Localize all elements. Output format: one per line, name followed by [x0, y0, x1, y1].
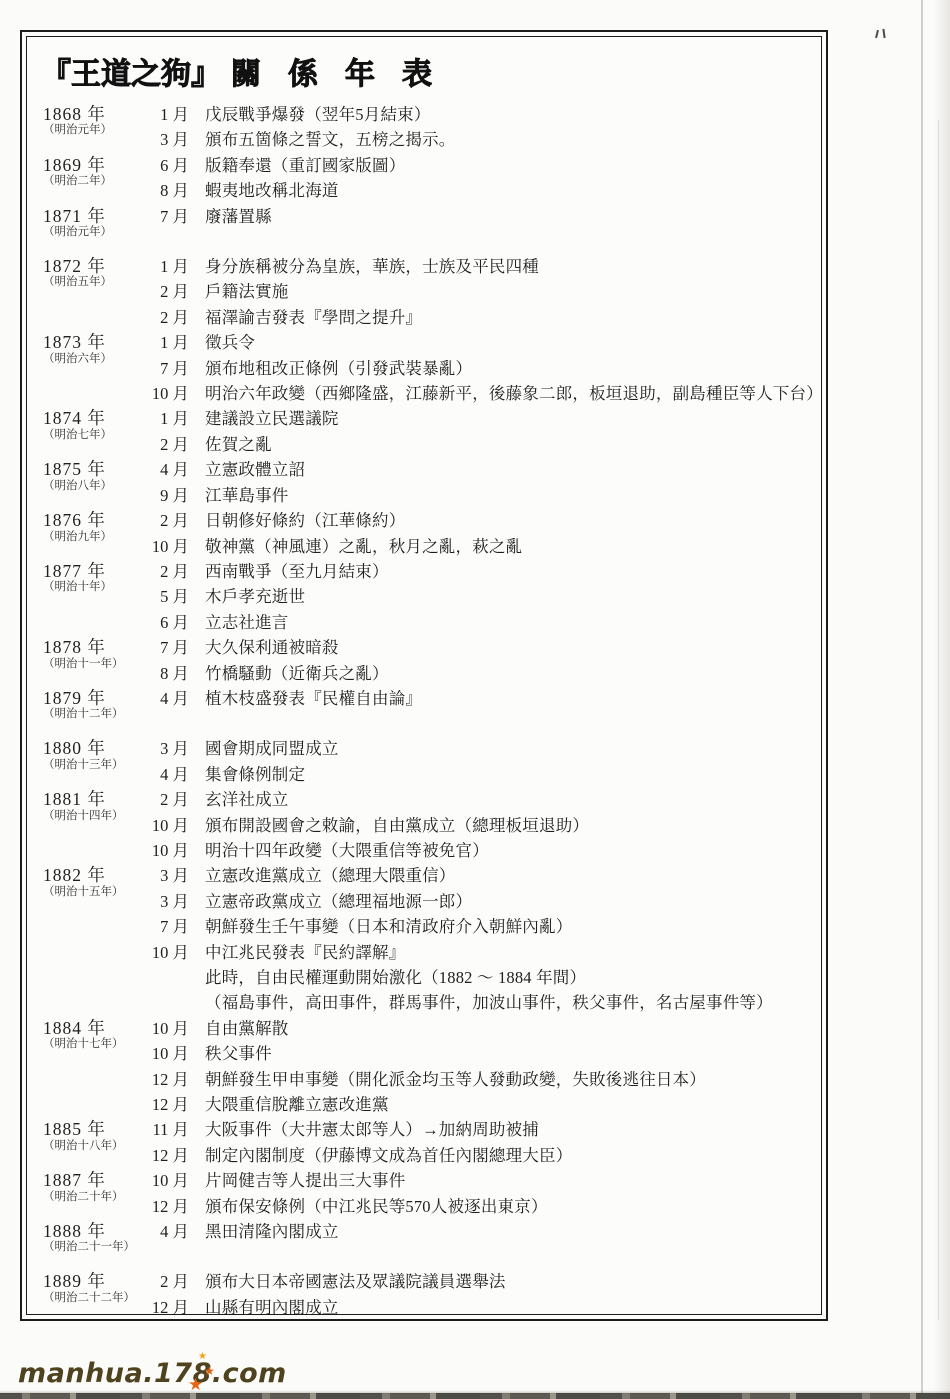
event-list: 2 月 玄洋社成立 10 月 頒布開設國會之敕諭，自由黨成立（總理板垣退助） 1… — [141, 787, 811, 863]
watermark: manhua.178.com — [18, 1356, 287, 1392]
month-label — [141, 990, 205, 1015]
timeline-group: 1882 年 （明治十五年） 3 月 立憲改進黨成立（總理大隈重信） 3 月 立… — [37, 863, 811, 1015]
event-row: 2 月 福澤諭吉發表『學問之提升』 — [141, 305, 811, 330]
chronology-frame: 『王道之狗』關係年表 1868 年 （明治元年） 1 月 戊辰戰爭爆發（翌年5月… — [20, 30, 828, 1321]
event-row: 6 月 版籍奉還（重訂國家版圖） — [141, 153, 811, 178]
month-label: 2 月 — [141, 279, 205, 304]
year-column: 1876 年 （明治九年） — [37, 508, 141, 542]
timeline-group: 1873 年 （明治六年） 1 月 徵兵令 7 月 頒布地租改正條例（引發武裝暴… — [37, 330, 811, 406]
month-label: 2 月 — [141, 508, 205, 533]
event-text: 頒布大日本帝國憲法及眾議院議員選舉法 — [205, 1269, 506, 1294]
year-column: 1885 年 （明治十八年） — [37, 1117, 141, 1151]
event-text: 西南戰爭（至九月結束） — [205, 559, 389, 584]
page-title-series: 『王道之狗』 — [41, 57, 221, 92]
year-column: 1881 年 （明治十四年） — [37, 787, 141, 821]
event-text: 朝鮮發生甲申事變（開化派金均玉等人發動政變，失敗後逃往日本） — [205, 1067, 706, 1092]
event-list: 7 月 廢藩置縣 — [141, 204, 811, 229]
year-column: 1869 年 （明治二年） — [37, 153, 141, 187]
year-column: 1871 年 （明治元年） — [37, 204, 141, 238]
event-list: 10 月 自由黨解散 10 月 秩父事件 12 月 朝鮮發生甲申事變（開化派金均… — [141, 1016, 811, 1118]
event-text: 立憲政體立詔 — [205, 457, 305, 482]
event-text: 立憲帝政黨成立（總理福地源一郎） — [205, 889, 472, 914]
era-label: （明治十一年） — [43, 658, 141, 670]
month-label: 6 月 — [141, 153, 205, 178]
month-label: 1 月 — [141, 330, 205, 355]
event-text: 立志社進言 — [205, 610, 289, 635]
event-text: 蝦夷地改稱北海道 — [205, 178, 339, 203]
month-label: 10 月 — [141, 838, 205, 863]
event-text: 木戶孝充逝世 — [205, 584, 305, 609]
event-text: 身分族稱被分為皇族，華族，士族及平民四種 — [205, 254, 539, 279]
event-row: 5 月 木戶孝充逝世 — [141, 584, 811, 609]
event-row: 7 月 大久保利通被暗殺 — [141, 635, 811, 660]
event-row: 2 月 頒布大日本帝國憲法及眾議院議員選舉法 — [141, 1269, 811, 1294]
event-row: 9 月 江華島事件 — [141, 483, 811, 508]
month-label: 3 月 — [141, 736, 205, 761]
event-text: 江華島事件 — [205, 483, 289, 508]
month-label: 4 月 — [141, 457, 205, 482]
scan-line-artifact — [921, 0, 923, 1393]
month-label: 2 月 — [141, 432, 205, 457]
era-label: （明治十三年） — [43, 759, 141, 771]
event-row: 12 月 朝鮮發生甲申事變（開化派金均玉等人發動政變，失敗後逃往日本） — [141, 1067, 811, 1092]
event-row: 12 月 大隈重信脫離立憲改進黨 — [141, 1092, 811, 1117]
event-row: 10 月 明治六年政變（西鄉隆盛，江藤新平，後藤象二郎，板垣退助，副島種臣等人下… — [141, 381, 811, 406]
event-text: 山縣有明內閣成立 — [205, 1295, 339, 1315]
era-label: （明治二十二年） — [43, 1292, 141, 1304]
event-text: 立憲改進黨成立（總理大隈重信） — [205, 863, 456, 888]
event-row: 6 月 立志社進言 — [141, 610, 811, 635]
event-list: 2 月 日朝修好條約（江華條約） 10 月 敬神黨（神風連）之亂，秋月之亂，萩之… — [141, 508, 811, 559]
timeline-group: 1878 年 （明治十一年） 7 月 大久保利通被暗殺 8 月 竹橋騷動（近衛兵… — [37, 635, 811, 686]
page-title-suffix: 關係年表 — [231, 57, 459, 92]
month-label: 10 月 — [141, 1168, 205, 1193]
event-text: 竹橋騷動（近衛兵之亂） — [205, 661, 389, 686]
star-icon: ★ — [198, 1352, 207, 1362]
era-label: （明治九年） — [43, 531, 141, 543]
month-label: 3 月 — [141, 889, 205, 914]
event-row: 1 月 建議設立民選議院 — [141, 406, 811, 431]
month-label: 3 月 — [141, 863, 205, 888]
event-text: 片岡健吉等人提出三大事件 — [205, 1168, 405, 1193]
event-row: 10 月 秩父事件 — [141, 1041, 811, 1066]
event-text: 徵兵令 — [205, 330, 255, 355]
event-row: 2 月 西南戰爭（至九月結束） — [141, 559, 811, 584]
event-text: 玄洋社成立 — [205, 787, 289, 812]
event-text: 大久保利通被暗殺 — [205, 635, 339, 660]
month-label: 10 月 — [141, 381, 205, 406]
chronology-frame-inner: 『王道之狗』關係年表 1868 年 （明治元年） 1 月 戊辰戰爭爆發（翌年5月… — [26, 36, 822, 1315]
era-label: （明治十八年） — [43, 1140, 141, 1152]
event-row: 4 月 立憲政體立詔 — [141, 457, 811, 482]
event-row: 2 月 玄洋社成立 — [141, 787, 811, 812]
month-label: 10 月 — [141, 813, 205, 838]
month-label: 12 月 — [141, 1067, 205, 1092]
month-label: 4 月 — [141, 686, 205, 711]
scan-edge-bottom — [0, 1393, 950, 1399]
event-text: 頒布開設國會之敕諭，自由黨成立（總理板垣退助） — [205, 813, 589, 838]
event-row: 12 月 山縣有明內閣成立 — [141, 1295, 811, 1315]
timeline: 1868 年 （明治元年） 1 月 戊辰戰爭爆發（翌年5月結束） 3 月 頒布五… — [37, 102, 811, 1315]
event-row: 1 月 身分族稱被分為皇族，華族，士族及平民四種 — [141, 254, 811, 279]
timeline-group: 1877 年 （明治十年） 2 月 西南戰爭（至九月結束） 5 月 木戶孝充逝世… — [37, 559, 811, 635]
event-text: 植木枝盛發表『民權自由論』 — [205, 686, 422, 711]
month-label: 9 月 — [141, 483, 205, 508]
era-label: （明治二年） — [43, 175, 141, 187]
event-row: 12 月 頒布保安條例（中江兆民等570人被逐出東京） — [141, 1194, 811, 1219]
event-list: 10 月 片岡健吉等人提出三大事件 12 月 頒布保安條例（中江兆民等570人被… — [141, 1168, 811, 1219]
event-row: 8 月 竹橋騷動（近衛兵之亂） — [141, 661, 811, 686]
era-label: （明治十年） — [43, 581, 141, 593]
event-row: （福島事件，高田事件，群馬事件，加波山事件，秩父事件，名古屋事件等） — [141, 990, 811, 1015]
timeline-group: 1869 年 （明治二年） 6 月 版籍奉還（重訂國家版圖） 8 月 蝦夷地改稱… — [37, 153, 811, 204]
timeline-group: 1884 年 （明治十七年） 10 月 自由黨解散 10 月 秩父事件 12 月… — [37, 1016, 811, 1118]
timeline-group: 1885 年 （明治十八年） 11 月 大阪事件（大井憲太郎等人）→加納周助被捕… — [37, 1117, 811, 1168]
event-text: 廢藩置縣 — [205, 204, 272, 229]
event-text: 自由黨解散 — [205, 1016, 289, 1041]
month-label: 2 月 — [141, 305, 205, 330]
event-text: 佐賀之亂 — [205, 432, 272, 457]
event-row: 3 月 頒布五箇條之誓文，五榜之揭示。 — [141, 127, 811, 152]
timeline-group: 1868 年 （明治元年） 1 月 戊辰戰爭爆發（翌年5月結束） 3 月 頒布五… — [37, 102, 811, 153]
month-label: 12 月 — [141, 1194, 205, 1219]
month-label: 7 月 — [141, 204, 205, 229]
event-list: 1 月 建議設立民選議院 2 月 佐賀之亂 — [141, 406, 811, 457]
event-text: 敬神黨（神風連）之亂，秋月之亂，萩之亂 — [205, 534, 522, 559]
era-label: （明治元年） — [43, 226, 141, 238]
month-label: 7 月 — [141, 914, 205, 939]
event-row: 3 月 國會期成同盟成立 — [141, 736, 811, 761]
page-title: 『王道之狗』關係年表 — [41, 57, 811, 93]
scan-mark-artifact — [874, 28, 890, 42]
event-text: 中江兆民發表『民約譯解』 — [205, 940, 405, 965]
era-label: （明治二十一年） — [43, 1241, 141, 1253]
month-label: 4 月 — [141, 762, 205, 787]
month-label: 6 月 — [141, 610, 205, 635]
month-label: 10 月 — [141, 940, 205, 965]
event-text: 頒布保安條例（中江兆民等570人被逐出東京） — [205, 1194, 548, 1219]
event-row: 4 月 黑田清隆內閣成立 — [141, 1219, 811, 1244]
year-column: 1877 年 （明治十年） — [37, 559, 141, 593]
era-label: （明治十七年） — [43, 1038, 141, 1050]
event-text: 大阪事件（大井憲太郎等人）→加納周助被捕 — [205, 1117, 539, 1142]
event-list: 6 月 版籍奉還（重訂國家版圖） 8 月 蝦夷地改稱北海道 — [141, 153, 811, 204]
month-label: 5 月 — [141, 584, 205, 609]
timeline-group: 1876 年 （明治九年） 2 月 日朝修好條約（江華條約） 10 月 敬神黨（… — [37, 508, 811, 559]
year-column: 1879 年 （明治十二年） — [37, 686, 141, 720]
event-list: 1 月 身分族稱被分為皇族，華族，士族及平民四種 2 月 戶籍法實施 2 月 福… — [141, 254, 811, 330]
year-column: 1878 年 （明治十一年） — [37, 635, 141, 669]
year-column: 1875 年 （明治八年） — [37, 457, 141, 491]
timeline-group: 1888 年 （明治二十一年） 4 月 黑田清隆內閣成立 — [37, 1219, 811, 1253]
month-label: 2 月 — [141, 559, 205, 584]
month-label: 7 月 — [141, 356, 205, 381]
event-row: 4 月 集會條例制定 — [141, 762, 811, 787]
event-text: 此時，自由民權運動開始激化（1882 ～ 1884 年間） — [205, 965, 586, 990]
month-label — [141, 965, 205, 990]
era-label: （明治十四年） — [43, 810, 141, 822]
event-text: 福澤諭吉發表『學問之提升』 — [205, 305, 422, 330]
event-row: 11 月 大阪事件（大井憲太郎等人）→加納周助被捕 — [141, 1117, 811, 1142]
timeline-group: 1874 年 （明治七年） 1 月 建議設立民選議院 2 月 佐賀之亂 — [37, 406, 811, 457]
event-row: 2 月 戶籍法實施 — [141, 279, 811, 304]
event-text: 黑田清隆內閣成立 — [205, 1219, 339, 1244]
event-text: 日朝修好條約（江華條約） — [205, 508, 405, 533]
event-text: 明治十四年政變（大隈重信等被免官） — [205, 838, 489, 863]
month-label: 10 月 — [141, 1016, 205, 1041]
event-text: 秩父事件 — [205, 1041, 272, 1066]
scan-edge-right — [934, 0, 950, 1399]
event-row: 12 月 制定內閣制度（伊藤博文成為首任內閣總理大臣） — [141, 1143, 811, 1168]
event-text: 版籍奉還（重訂國家版圖） — [205, 153, 405, 178]
era-label: （明治五年） — [43, 276, 141, 288]
month-label: 1 月 — [141, 102, 205, 127]
event-row: 10 月 敬神黨（神風連）之亂，秋月之亂，萩之亂 — [141, 534, 811, 559]
timeline-group: 1879 年 （明治十二年） 4 月 植木枝盛發表『民權自由論』 — [37, 686, 811, 720]
month-label: 12 月 — [141, 1295, 205, 1315]
era-label: （明治六年） — [43, 353, 141, 365]
event-list: 7 月 大久保利通被暗殺 8 月 竹橋騷動（近衛兵之亂） — [141, 635, 811, 686]
event-list: 1 月 徵兵令 7 月 頒布地租改正條例（引發武裝暴亂） 10 月 明治六年政變… — [141, 330, 811, 406]
month-label: 1 月 — [141, 406, 205, 431]
year-column: 1889 年 （明治二十二年） — [37, 1269, 141, 1303]
year-column: 1872 年 （明治五年） — [37, 254, 141, 288]
era-label: （明治七年） — [43, 429, 141, 441]
month-label: 2 月 — [141, 787, 205, 812]
event-row: 3 月 立憲帝政黨成立（總理福地源一郎） — [141, 889, 811, 914]
event-text: 朝鮮發生壬午事變（日本和清政府介入朝鮮內亂） — [205, 914, 572, 939]
event-list: 3 月 立憲改進黨成立（總理大隈重信） 3 月 立憲帝政黨成立（總理福地源一郎）… — [141, 863, 811, 1015]
month-label: 4 月 — [141, 1219, 205, 1244]
event-row: 7 月 廢藩置縣 — [141, 204, 811, 229]
month-label: 3 月 — [141, 127, 205, 152]
event-list: 2 月 頒布大日本帝國憲法及眾議院議員選舉法 12 月 山縣有明內閣成立 同年秋… — [141, 1269, 811, 1315]
year-column: 1874 年 （明治七年） — [37, 406, 141, 440]
era-label: （明治八年） — [43, 480, 141, 492]
event-row: 10 月 中江兆民發表『民約譯解』 — [141, 940, 811, 965]
year-column: 1880 年 （明治十三年） — [37, 736, 141, 770]
era-label: （明治十五年） — [43, 886, 141, 898]
year-column: 1882 年 （明治十五年） — [37, 863, 141, 897]
era-label: （明治二十年） — [43, 1191, 141, 1203]
year-column: 1887 年 （明治二十年） — [37, 1168, 141, 1202]
event-text: 集會條例制定 — [205, 762, 305, 787]
event-row: 2 月 日朝修好條約（江華條約） — [141, 508, 811, 533]
event-row: 3 月 立憲改進黨成立（總理大隈重信） — [141, 863, 811, 888]
event-list: 11 月 大阪事件（大井憲太郎等人）→加納周助被捕 12 月 制定內閣制度（伊藤… — [141, 1117, 811, 1168]
event-text: 明治六年政變（西鄉隆盛，江藤新平，後藤象二郎，板垣退助，副島種臣等人下台） — [205, 381, 822, 406]
timeline-group: 1889 年 （明治二十二年） 2 月 頒布大日本帝國憲法及眾議院議員選舉法 1… — [37, 1269, 811, 1315]
event-list: 4 月 植木枝盛發表『民權自由論』 — [141, 686, 811, 711]
timeline-group: 1887 年 （明治二十年） 10 月 片岡健吉等人提出三大事件 12 月 頒布… — [37, 1168, 811, 1219]
event-row: 10 月 片岡健吉等人提出三大事件 — [141, 1168, 811, 1193]
event-text: 制定內閣制度（伊藤博文成為首任內閣總理大臣） — [205, 1143, 572, 1168]
event-row: 10 月 頒布開設國會之敕諭，自由黨成立（總理板垣退助） — [141, 813, 811, 838]
event-text: （福島事件，高田事件，群馬事件，加波山事件，秩父事件，名古屋事件等） — [205, 990, 773, 1015]
month-label: 10 月 — [141, 534, 205, 559]
era-label: （明治元年） — [43, 124, 141, 136]
year-column: 1888 年 （明治二十一年） — [37, 1219, 141, 1253]
event-row: 7 月 朝鮮發生壬午事變（日本和清政府介入朝鮮內亂） — [141, 914, 811, 939]
month-label: 2 月 — [141, 1269, 205, 1294]
era-label: （明治十二年） — [43, 708, 141, 720]
timeline-group: 1875 年 （明治八年） 4 月 立憲政體立詔 9 月 江華島事件 — [37, 457, 811, 508]
event-row: 此時，自由民權運動開始激化（1882 ～ 1884 年間） — [141, 965, 811, 990]
month-label: 1 月 — [141, 254, 205, 279]
month-label: 8 月 — [141, 178, 205, 203]
month-label: 11 月 — [141, 1117, 205, 1142]
event-text: 頒布五箇條之誓文，五榜之揭示。 — [205, 127, 456, 152]
month-label: 12 月 — [141, 1143, 205, 1168]
event-row: 10 月 明治十四年政變（大隈重信等被免官） — [141, 838, 811, 863]
event-list: 2 月 西南戰爭（至九月結束） 5 月 木戶孝充逝世 6 月 立志社進言 — [141, 559, 811, 635]
event-row: 10 月 自由黨解散 — [141, 1016, 811, 1041]
timeline-group: 1881 年 （明治十四年） 2 月 玄洋社成立 10 月 頒布開設國會之敕諭，… — [37, 787, 811, 863]
event-list: 4 月 立憲政體立詔 9 月 江華島事件 — [141, 457, 811, 508]
event-list: 3 月 國會期成同盟成立 4 月 集會條例制定 — [141, 736, 811, 787]
year-column: 1873 年 （明治六年） — [37, 330, 141, 364]
timeline-group: 1872 年 （明治五年） 1 月 身分族稱被分為皇族，華族，士族及平民四種 2… — [37, 254, 811, 330]
event-row: 2 月 佐賀之亂 — [141, 432, 811, 457]
event-text: 戊辰戰爭爆發（翌年5月結束） — [205, 102, 431, 127]
event-text: 大隈重信脫離立憲改進黨 — [205, 1092, 389, 1117]
year-column: 1884 年 （明治十七年） — [37, 1016, 141, 1050]
event-list: 1 月 戊辰戰爭爆發（翌年5月結束） 3 月 頒布五箇條之誓文，五榜之揭示。 — [141, 102, 811, 153]
event-row: 1 月 戊辰戰爭爆發（翌年5月結束） — [141, 102, 811, 127]
month-label: 12 月 — [141, 1092, 205, 1117]
event-list: 4 月 黑田清隆內閣成立 — [141, 1219, 811, 1244]
event-row: 4 月 植木枝盛發表『民權自由論』 — [141, 686, 811, 711]
event-row: 1 月 徵兵令 — [141, 330, 811, 355]
timeline-group: 1871 年 （明治元年） 7 月 廢藩置縣 — [37, 204, 811, 238]
event-row: 8 月 蝦夷地改稱北海道 — [141, 178, 811, 203]
event-text: 戶籍法實施 — [205, 279, 289, 304]
event-text: 國會期成同盟成立 — [205, 736, 339, 761]
event-text: 建議設立民選議院 — [205, 406, 339, 431]
month-label: 8 月 — [141, 661, 205, 686]
timeline-group: 1880 年 （明治十三年） 3 月 國會期成同盟成立 4 月 集會條例制定 — [37, 736, 811, 787]
month-label: 7 月 — [141, 635, 205, 660]
star-icon: ★ — [204, 1365, 215, 1377]
event-text: 頒布地租改正條例（引發武裝暴亂） — [205, 356, 472, 381]
year-column: 1868 年 （明治元年） — [37, 102, 141, 136]
month-label: 10 月 — [141, 1041, 205, 1066]
event-row: 7 月 頒布地租改正條例（引發武裝暴亂） — [141, 356, 811, 381]
